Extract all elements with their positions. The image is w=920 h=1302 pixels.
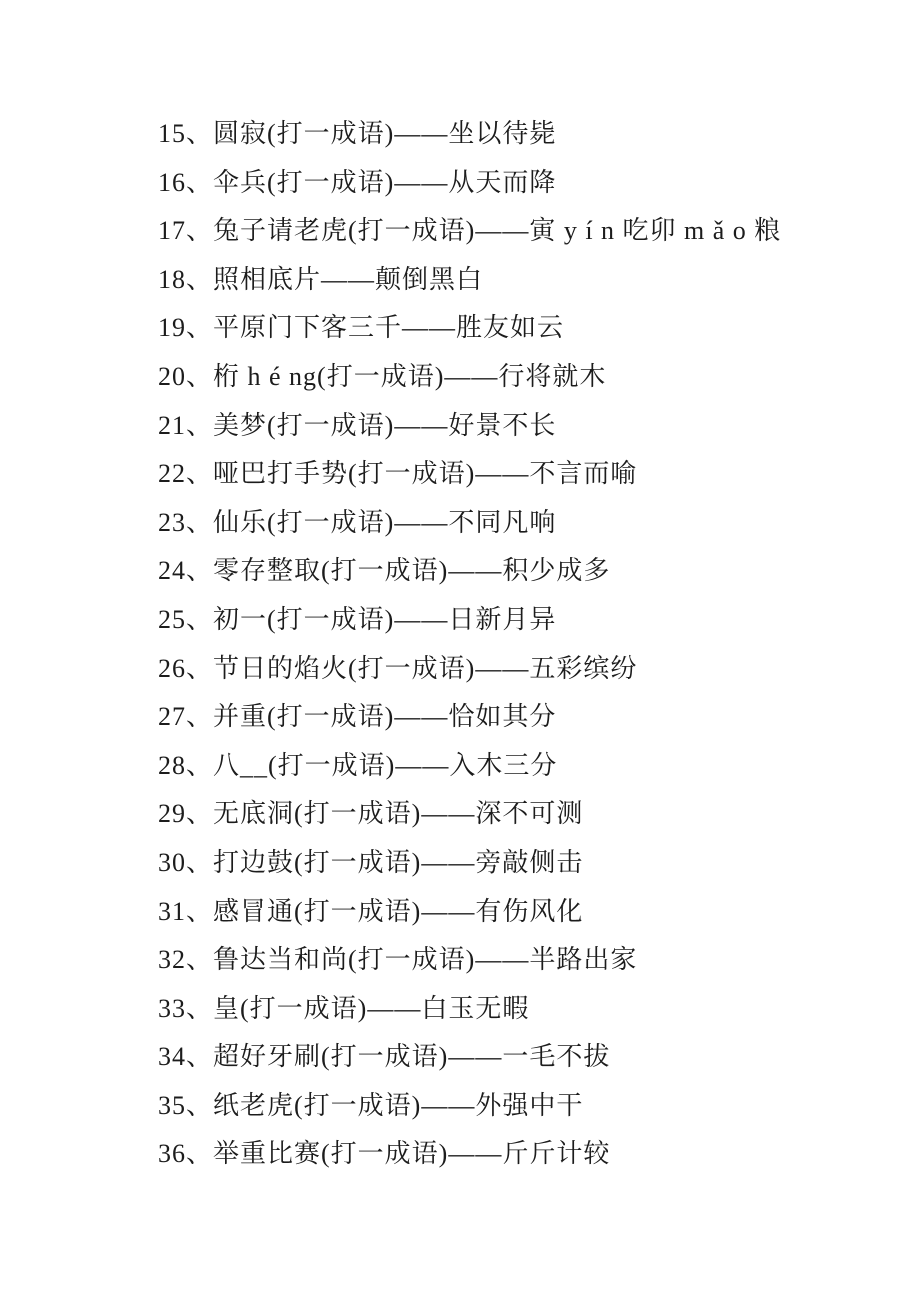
riddle-line: 16、伞兵(打一成语)——从天而降 [158,159,890,208]
riddle-line: 25、初一(打一成语)——日新月异 [158,596,890,645]
riddle-line: 28、八__(打一成语)——入木三分 [158,742,890,791]
riddle-line: 15、圆寂(打一成语)——坐以待毙 [158,110,890,159]
riddle-line: 24、零存整取(打一成语)——积少成多 [158,547,890,596]
riddle-line: 30、打边鼓(打一成语)——旁敲侧击 [158,839,890,888]
riddle-line: 19、平原门下客三千——胜友如云 [158,304,890,353]
riddle-line: 32、鲁达当和尚(打一成语)——半路出家 [158,936,890,985]
riddle-line: 21、美梦(打一成语)——好景不长 [158,402,890,451]
riddle-line: 27、并重(打一成语)——恰如其分 [158,693,890,742]
riddle-line: 34、超好牙刷(打一成语)——一毛不拔 [158,1033,890,1082]
riddle-line: 35、纸老虎(打一成语)——外强中干 [158,1082,890,1131]
riddle-line: 26、节日的焰火(打一成语)——五彩缤纷 [158,645,890,694]
riddle-list: 15、圆寂(打一成语)——坐以待毙16、伞兵(打一成语)——从天而降17、兔子请… [158,110,890,1179]
riddle-line: 31、感冒通(打一成语)——有伤风化 [158,888,890,937]
riddle-line: 22、哑巴打手势(打一成语)——不言而喻 [158,450,890,499]
riddle-line: 17、兔子请老虎(打一成语)——寅 y í n 吃卯 m ǎ o 粮 [158,207,890,256]
riddle-line: 18、照相底片——颠倒黑白 [158,256,890,305]
document-page: 15、圆寂(打一成语)——坐以待毙16、伞兵(打一成语)——从天而降17、兔子请… [0,0,920,1302]
riddle-line: 20、桁 h é ng(打一成语)——行将就木 [158,353,890,402]
riddle-line: 23、仙乐(打一成语)——不同凡响 [158,499,890,548]
riddle-line: 29、无底洞(打一成语)——深不可测 [158,790,890,839]
riddle-line: 36、举重比赛(打一成语)——斤斤计较 [158,1130,890,1179]
riddle-line: 33、皇(打一成语)——白玉无暇 [158,985,890,1034]
